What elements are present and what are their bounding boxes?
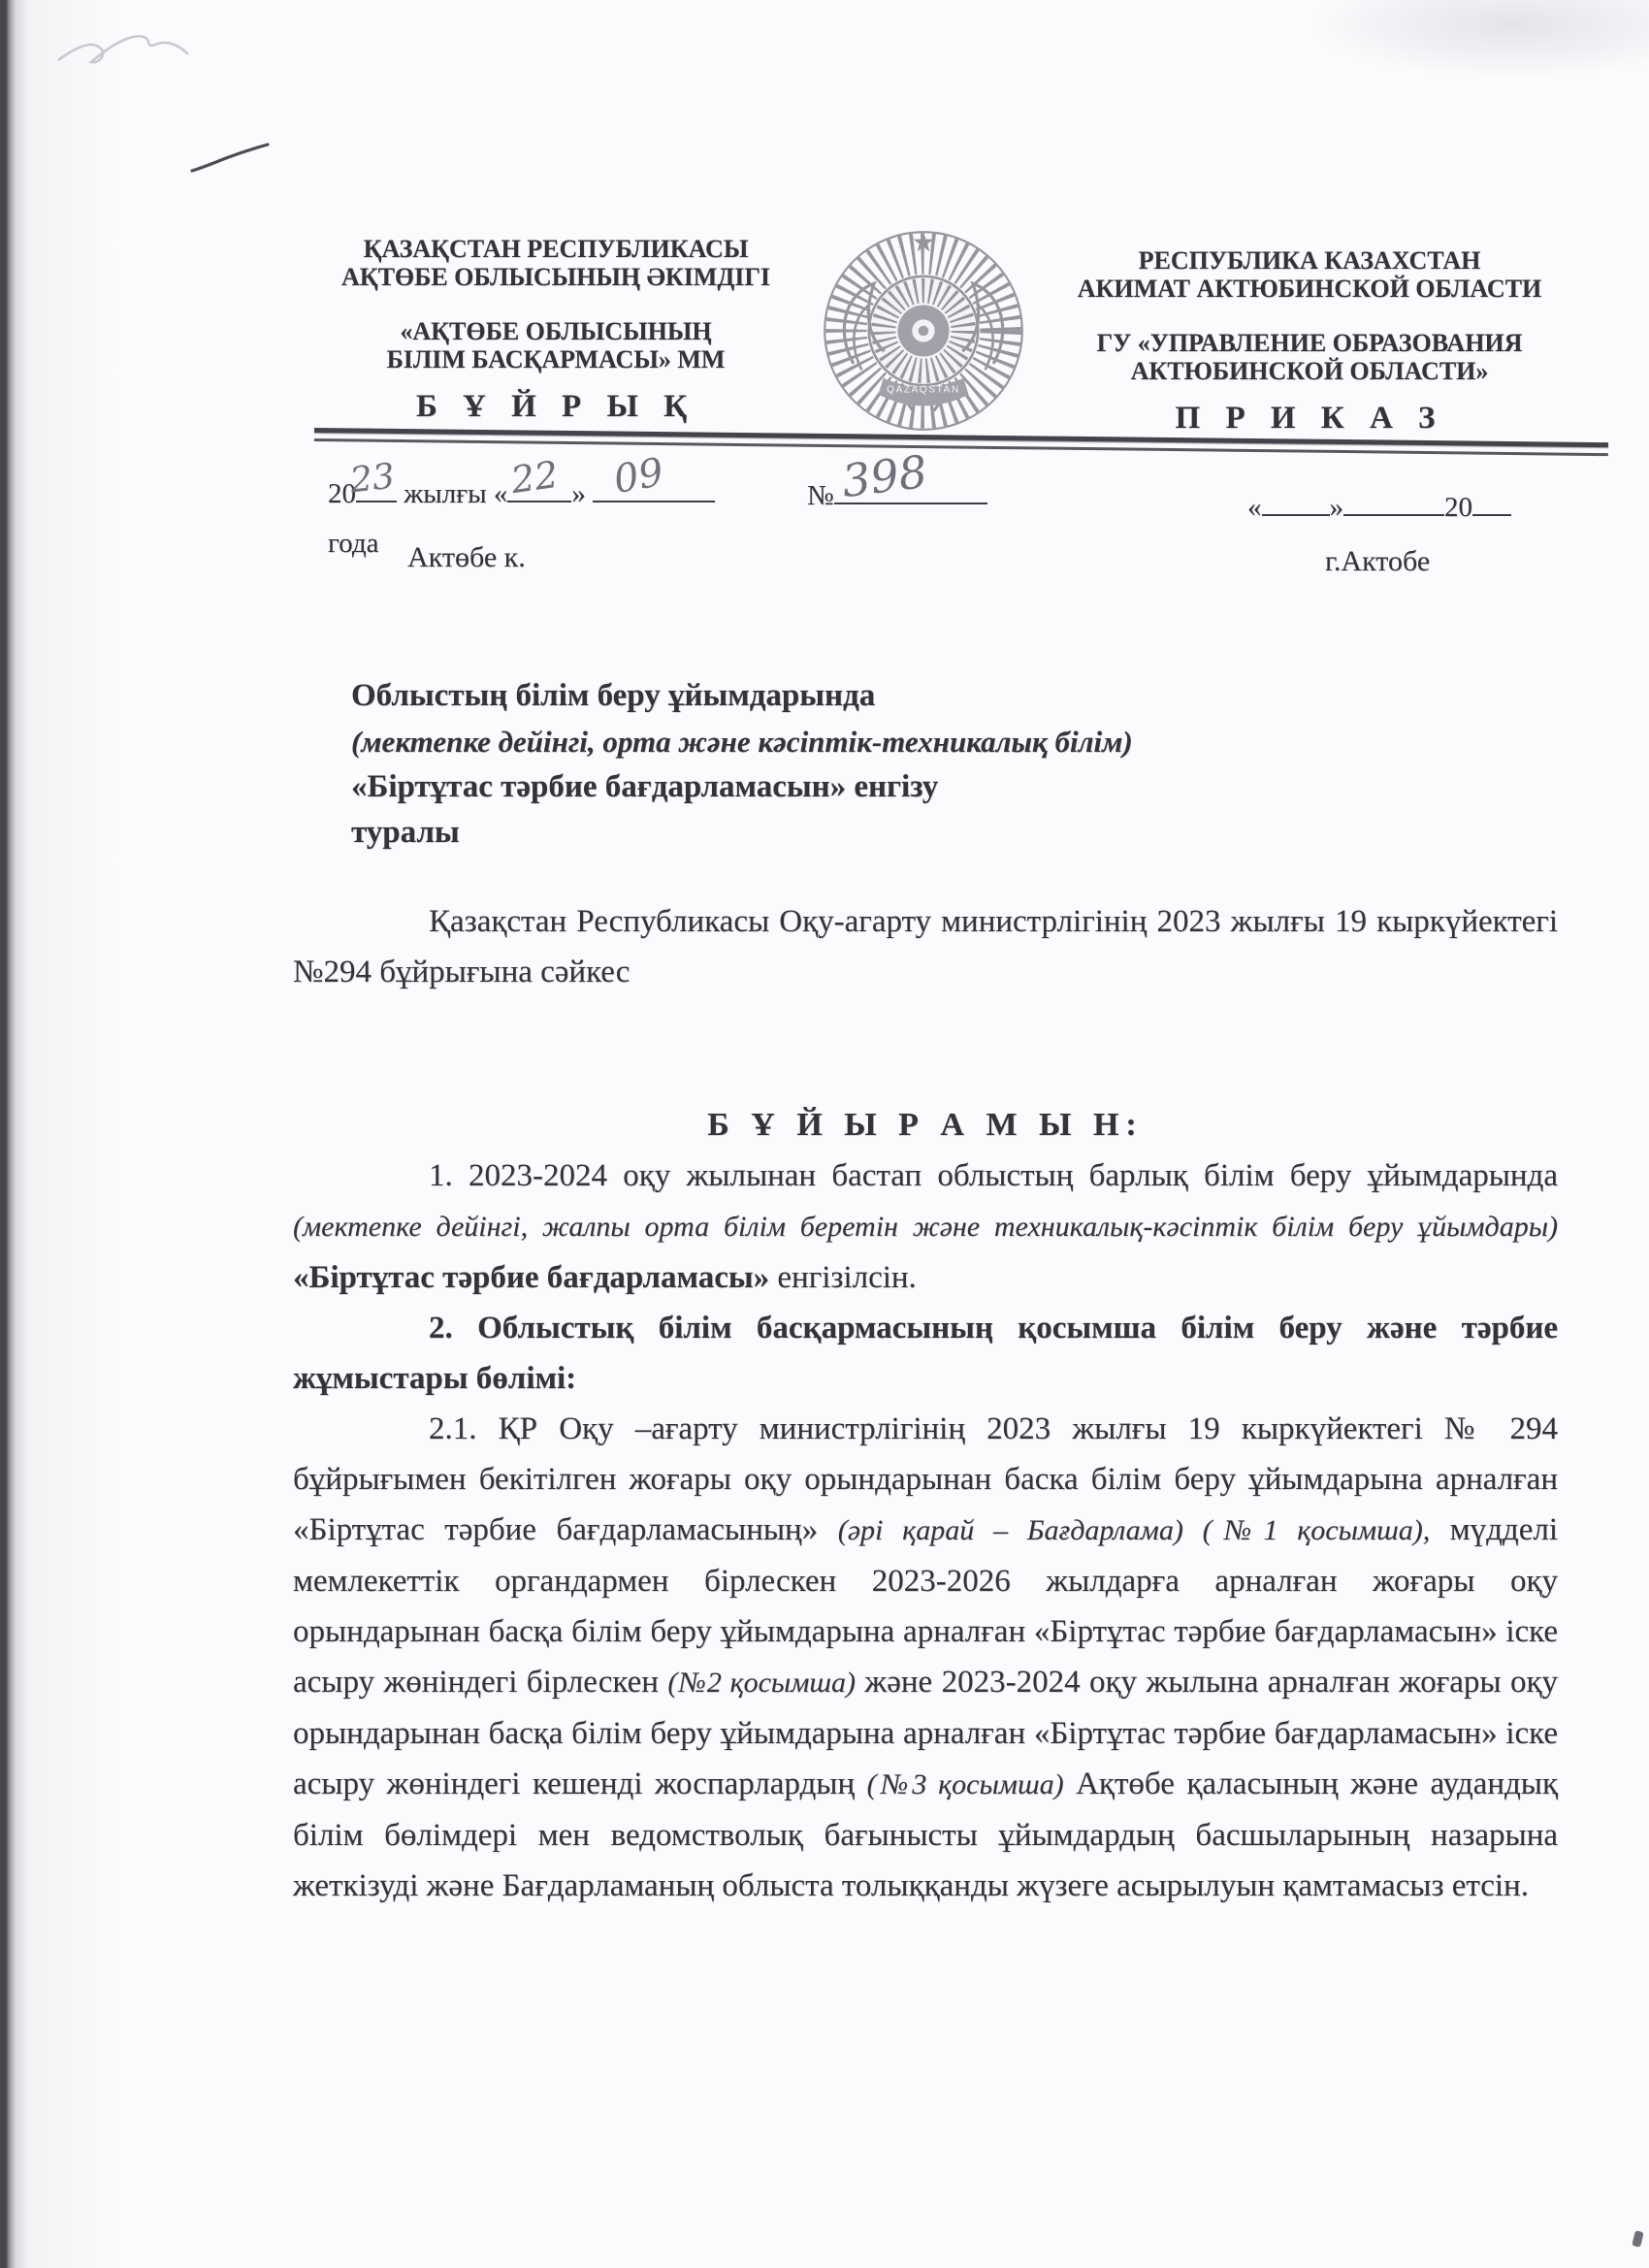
header-kazakh: ҚАЗАҚСТАН РЕСПУБЛИКАСЫ АҚТӨБЕ ОБЛЫСЫНЫҢ … xyxy=(316,235,795,421)
header-ru-line2: АКИМАТ АКТЮБИНСКОЙ ОБЛАСТИ xyxy=(1026,275,1593,303)
p21-seg4-italic: (№2 қосымша) xyxy=(667,1667,856,1699)
ru-year-blank xyxy=(1472,485,1511,516)
order-title: Облыстың білім беру ұйымдарында (мектепк… xyxy=(351,673,1185,856)
date-field-russian: «»20 xyxy=(1247,485,1511,524)
number-blank: 398 xyxy=(834,473,987,504)
ru-month-blank xyxy=(1343,485,1444,516)
doc-type-russian: П Р И К А З xyxy=(1026,405,1593,433)
header-ru-line3: ГУ «УПРАВЛЕНИЕ ОБРАЗОВАНИЯ xyxy=(1026,329,1593,357)
ru-day-blank xyxy=(1262,485,1330,516)
corner-ink-mark xyxy=(1632,2230,1644,2248)
header-ru-line1: РЕСПУБЛИКА КАЗАХСТАН xyxy=(1026,246,1593,275)
title-line4: туралы xyxy=(351,810,1185,856)
goda-text: года xyxy=(328,528,378,559)
handwritten-month: 09 xyxy=(611,450,667,502)
header-kz-line4: БІЛІМ БАСҚАРМАСЫ» ММ xyxy=(316,345,795,373)
handwritten-year: 23 xyxy=(348,457,397,502)
kazakhstan-emblem-icon: QAZAQSTAN xyxy=(821,227,1026,435)
header-kz-line2: АҚТӨБЕ ОБЛЫСЫНЫҢ ӘКІМДІГІ xyxy=(316,263,795,291)
paragraph-2: 2. Облыстық білім басқармасының қосымша … xyxy=(293,1303,1558,1404)
order-heading: Б Ұ Й Ы Р А М Ы Н: xyxy=(293,1100,1558,1150)
p1-seg-end: енгізілсін. xyxy=(769,1260,917,1295)
paragraph-2-1: 2.1. ҚР Оқу –ағарту министрлігінің 2023 … xyxy=(293,1404,1558,1911)
title-line2-italic: (мектепке дейінгі, орта және кәсіптік-те… xyxy=(351,719,1185,764)
date-year-blank: 23 xyxy=(356,471,397,502)
date-quote-close: » xyxy=(571,478,586,509)
scan-edge-shadow xyxy=(0,0,29,2268)
emblem-banner-text: QAZAQSTAN xyxy=(887,385,960,396)
p2-text: 2. Облыстық білім басқармасының қосымша … xyxy=(293,1311,1558,1396)
handwritten-squiggle-mark xyxy=(50,16,225,83)
doc-type-kazakh: Б Ұ Й Р Ы Қ xyxy=(316,393,795,421)
intro-text: Қазақстан Республикасы Оқу-агарту минист… xyxy=(293,904,1558,989)
p1-seg-bold: «Біртұтас тәрбие бағдарламасы» xyxy=(293,1260,769,1295)
handwritten-day: 22 xyxy=(509,453,562,502)
intro-paragraph: Қазақстан Республикасы Оқу-агарту минист… xyxy=(293,896,1558,997)
number-sign: № xyxy=(807,480,834,511)
header-gap xyxy=(1026,303,1593,329)
handwritten-number: 398 xyxy=(839,445,930,507)
date-word-zhylgy: жылғы « xyxy=(404,478,507,509)
ru-quote-close: » xyxy=(1330,492,1344,523)
p21-seg2-italic: (әрі қарай – Бағдарлама) (№1 қосымша), xyxy=(838,1514,1430,1546)
p1-seg-italic: (мектепке дейінгі, жалпы орта білім бере… xyxy=(293,1211,1558,1243)
p21-seg6-italic: (№3 қосымша) xyxy=(867,1768,1064,1800)
ru-year-printed: 20 xyxy=(1444,492,1472,523)
header-gap xyxy=(316,291,795,317)
date-goda-label: года xyxy=(328,528,378,560)
order-body: Қазақстан Республикасы Оқу-агарту минист… xyxy=(293,896,1558,1911)
order-number-field: №398 xyxy=(807,473,987,512)
paragraph-1: 1. 2023-2024 оқу жылынан бастап облыстың… xyxy=(293,1150,1558,1303)
header-ru-line4: АКТЮБИНСКОЙ ОБЛАСТИ» xyxy=(1026,357,1593,385)
date-day-blank: 22 xyxy=(507,471,571,502)
header-kz-line1: ҚАЗАҚСТАН РЕСПУБЛИКАСЫ xyxy=(316,235,795,263)
pen-stroke-mark xyxy=(190,142,272,175)
city-kazakh: Актөбе к. xyxy=(407,541,526,574)
ru-quote-open: « xyxy=(1247,492,1262,523)
title-line1: Облыстың білім беру ұйымдарында xyxy=(351,673,1185,719)
scanned-order-page: ҚАЗАҚСТАН РЕСПУБЛИКАСЫ АҚТӨБЕ ОБЛЫСЫНЫҢ … xyxy=(0,0,1649,2268)
title-line3: «Біртұтас тәрбие бағдарламасын» енгізу xyxy=(351,764,1185,810)
date-month-blank: 09 xyxy=(593,471,715,502)
header-kz-line3: «АҚТӨБЕ ОБЛЫСЫНЫҢ xyxy=(316,317,795,345)
date-field-kazakh: 2023 жылғы «22» 09 xyxy=(328,471,715,510)
city-russian: г.Актобе xyxy=(1325,545,1430,578)
p1-seg-normal: 1. 2023-2024 оқу жылынан бастап облыстың… xyxy=(429,1158,1558,1193)
header-russian: РЕСПУБЛИКА КАЗАХСТАН АКИМАТ АКТЮБИНСКОЙ … xyxy=(1026,246,1593,433)
